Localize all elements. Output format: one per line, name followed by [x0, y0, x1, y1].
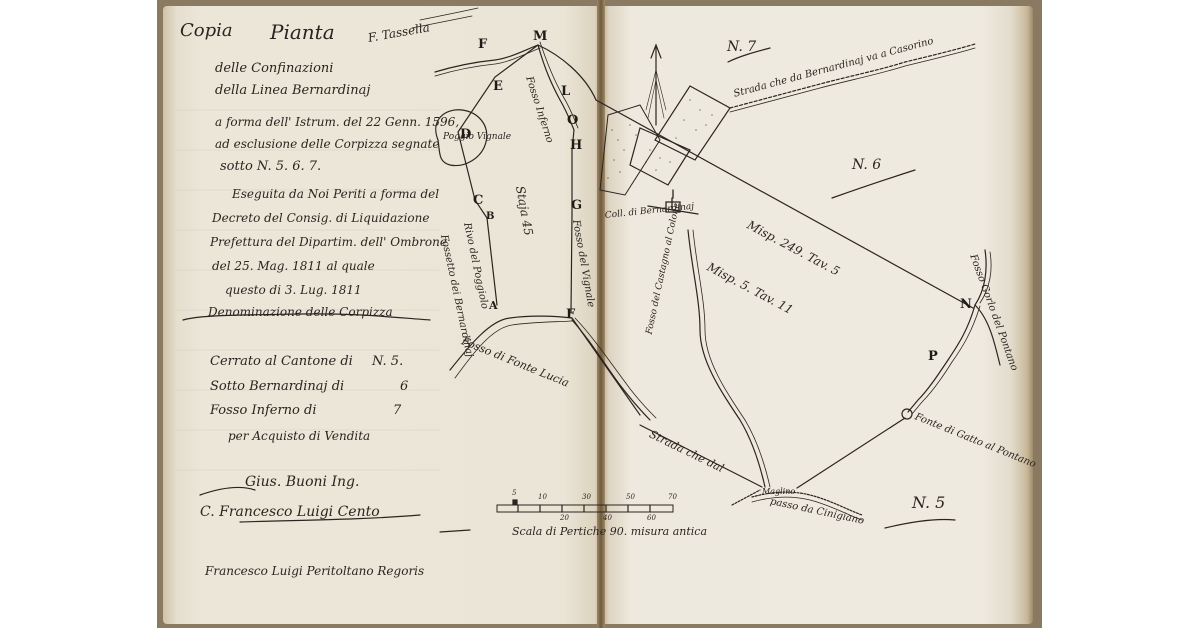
- body-line-3: Prefettura del Dipartim. dell' Ombrone: [210, 236, 447, 248]
- scale-tick: 50: [626, 494, 635, 501]
- title-line-3: a forma dell' Istrum. del 22 Genn. 1596,: [215, 116, 459, 128]
- scale-tick: 10: [538, 494, 547, 501]
- title-line-4: ad esclusione delle Corpizza segnate: [215, 138, 439, 150]
- title-line-5: sotto N. 5. 6. 7.: [220, 160, 321, 173]
- body-line-4: del 25. Mag. 1811 al quale: [212, 260, 375, 272]
- point-e: E: [493, 80, 503, 93]
- point-g: G: [571, 199, 582, 212]
- signature-2: C. Francesco Luigi Cento: [200, 505, 380, 519]
- point-h: H: [570, 139, 582, 152]
- section-heading: Denominazione delle Corpizza: [208, 306, 393, 318]
- scale-tick: 40: [603, 515, 612, 522]
- point-n: N: [960, 298, 972, 311]
- label-poggio-vignale: Poggio Vignale: [443, 133, 511, 142]
- body-line-2: Decreto del Consig. di Liquidazione: [212, 212, 429, 224]
- scale-caption: Scala di Pertiche 90. misura antica: [512, 526, 707, 537]
- north-arrow-icon: [650, 44, 662, 124]
- entry-label: per Acquisto di Vendita: [228, 430, 370, 442]
- label-parcel-n5: N. 5: [912, 495, 945, 511]
- entry-label: Cerrato al Cantone di: [210, 355, 353, 368]
- point-f-top: F: [478, 38, 487, 51]
- body-line-5: questo di 3. Lug. 1811: [225, 284, 362, 296]
- label-parcel-n6: N. 6: [852, 158, 881, 172]
- entry-number: 6: [400, 380, 408, 393]
- point-l: L: [561, 85, 570, 98]
- entry-label: Sotto Bernardinaj di: [210, 380, 344, 393]
- point-f: F: [566, 308, 575, 321]
- entry-number: 7: [393, 404, 401, 417]
- copia-heading: Copia: [180, 22, 233, 40]
- point-m: M: [533, 30, 547, 43]
- point-p: P: [928, 350, 938, 363]
- title-line-1: delle Confinazioni: [215, 62, 333, 75]
- point-c: C: [473, 194, 483, 207]
- pianta-title: Pianta: [270, 22, 335, 42]
- scale-tick: 5: [512, 490, 516, 497]
- entry-number: N. 5.: [372, 355, 403, 368]
- point-b: B: [486, 212, 494, 222]
- scale-tick: 70: [668, 494, 677, 501]
- scale-tick: 20: [560, 515, 569, 522]
- label-maglino: Maglino: [762, 488, 795, 496]
- title-line-2: della Linea Bernardinaj: [215, 84, 370, 97]
- point-a: A: [489, 300, 498, 311]
- body-line-1: Eseguita da Noi Periti a forma del: [232, 188, 439, 200]
- label-parcel-n7: N. 7: [727, 40, 756, 54]
- signature-1: Gius. Buoni Ing.: [245, 475, 359, 489]
- signature-3: Francesco Luigi Peritoltano Regoris: [205, 565, 424, 577]
- scale-tick: 30: [582, 494, 591, 501]
- entry-label: Fosso Inferno di: [210, 404, 316, 417]
- church-icon: [660, 190, 684, 214]
- point-o: O: [567, 114, 578, 127]
- scale-tick: 60: [647, 515, 656, 522]
